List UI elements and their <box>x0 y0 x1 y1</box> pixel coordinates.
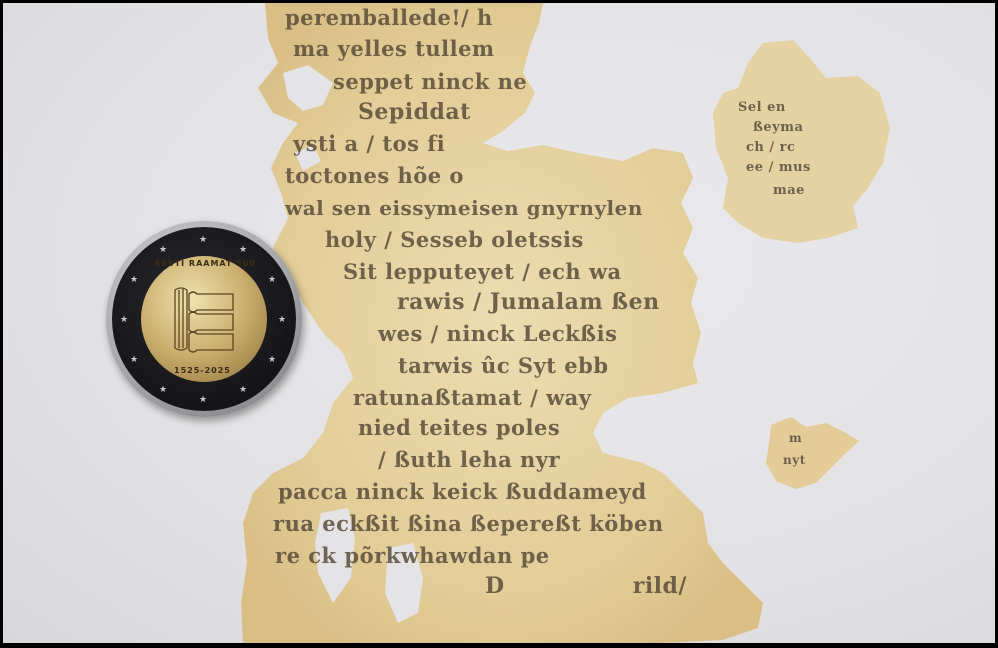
text-line: wes / ninck Leckßis <box>378 321 617 346</box>
text-line: seppet ninck ne <box>333 69 527 94</box>
text-line: rawis / Jumalam ßen <box>397 289 660 315</box>
text-line: m <box>789 431 802 445</box>
text-line: Sit lepputeyet / ech wa <box>343 259 622 284</box>
star-icon: ★ <box>239 245 247 254</box>
coin-center: EESTI RAAMAT 500 1525-2025 <box>141 256 267 382</box>
text-line: nyt <box>783 453 806 467</box>
text-line: / ßuth leha nyr <box>378 447 560 472</box>
star-icon: ★ <box>268 275 276 284</box>
text-line: rua eckßit ßina ßepereßt köben <box>273 511 664 536</box>
text-line: ee / mus <box>746 160 811 175</box>
book-motif-icon <box>141 256 267 382</box>
text-line: holy / Sesseb oletssis <box>325 227 584 252</box>
star-icon: ★ <box>199 235 207 244</box>
text-line: toctones hõe o <box>285 163 464 188</box>
text-line: ysti a / tos fi <box>293 131 445 156</box>
star-icon: ★ <box>278 315 286 324</box>
photograph: peremballede!/ h ma yelles tullem seppet… <box>3 3 995 643</box>
parchment-fragment-lower-right: m nyt <box>761 413 861 493</box>
text-line: D rild/ <box>485 573 687 599</box>
text-line: ratunaßtamat / way <box>353 385 591 410</box>
star-icon: ★ <box>130 355 138 364</box>
text-line: re ck põrkwhawdan pe <box>275 543 550 568</box>
parchment-shape <box>761 413 861 493</box>
text-line: ch / rc <box>746 140 795 155</box>
euro-coin: ★ ★ ★ ★ ★ ★ ★ ★ ★ ★ ★ ★ <box>106 221 302 417</box>
star-icon: ★ <box>159 245 167 254</box>
coin-outer-ring: ★ ★ ★ ★ ★ ★ ★ ★ ★ ★ ★ ★ <box>112 227 296 411</box>
text-line: Sel en <box>738 100 786 115</box>
text-line: ma yelles tullem <box>293 36 495 61</box>
star-icon: ★ <box>239 385 247 394</box>
coin-inscription-bottom: 1525-2025 <box>174 366 231 375</box>
text-line: nied teites poles <box>358 415 560 440</box>
image-frame: peremballede!/ h ma yelles tullem seppet… <box>0 0 998 648</box>
text-line: wal sen eissymeisen gnyrnylen <box>285 196 643 220</box>
text-line: mae <box>773 183 805 198</box>
text-line: Sepiddat <box>358 99 471 125</box>
parchment-fragment-upper-right: Sel en ßeyma ch / rc ee / mus mae <box>708 38 898 248</box>
coin-inscription-top: EESTI RAAMAT 500 <box>155 259 256 268</box>
text-line: pacca ninck keick ßuddameyd <box>278 479 647 504</box>
star-icon: ★ <box>130 275 138 284</box>
text-line: peremballede!/ h <box>285 5 493 30</box>
star-icon: ★ <box>120 315 128 324</box>
star-icon: ★ <box>199 395 207 404</box>
text-line: tarwis ûc Syt ebb <box>398 353 609 378</box>
parchment-shape <box>708 38 898 248</box>
text-line: ßeyma <box>753 120 803 135</box>
star-icon: ★ <box>268 355 276 364</box>
star-icon: ★ <box>159 385 167 394</box>
